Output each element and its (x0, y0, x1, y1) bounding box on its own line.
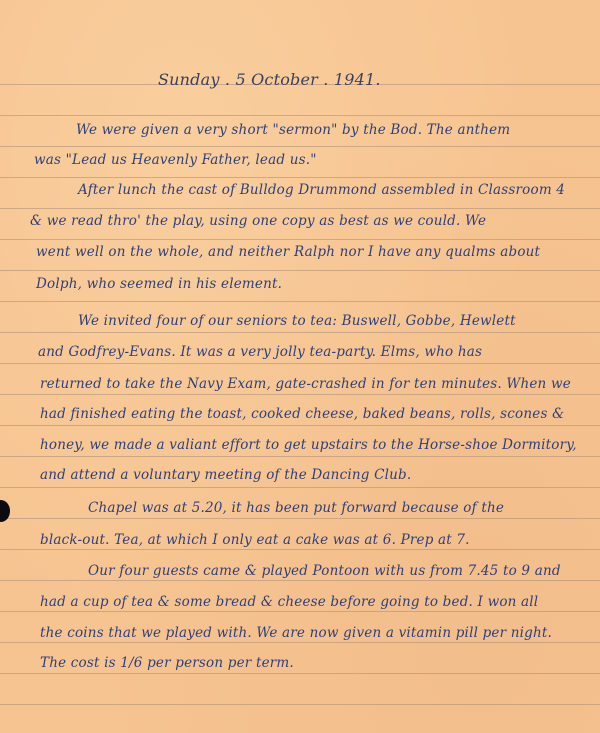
text-line: Dolph, who seemed in his element. (36, 276, 600, 292)
text-line: & we read thro' the play, using one copy… (30, 213, 600, 229)
text-line: had a cup of tea & some bread & cheese b… (40, 594, 600, 610)
text-line: The cost is 1/6 per person per term. (40, 655, 600, 671)
ruled-line (0, 394, 600, 395)
text-line: black-out. Tea, at which I only eat a ca… (40, 532, 600, 548)
text-line: Our four guests came & played Pontoon wi… (88, 563, 600, 579)
ruled-line (0, 642, 600, 643)
ruled-line (0, 239, 600, 240)
ruled-line (0, 177, 600, 178)
ruled-line (0, 115, 600, 116)
text-line: and Godfrey-Evans. It was a very jolly t… (38, 344, 600, 360)
text-line: We were given a very short "sermon" by t… (76, 122, 600, 138)
text-line: We invited four of our seniors to tea: B… (78, 313, 600, 329)
text-line: had finished eating the toast, cooked ch… (40, 406, 600, 422)
ruled-line (0, 456, 600, 457)
text-line: honey, we made a valiant effort to get u… (40, 437, 600, 453)
ruled-line (0, 208, 600, 209)
text-line: returned to take the Navy Exam, gate-cra… (40, 376, 600, 392)
ruled-line (0, 487, 600, 488)
ruled-line (0, 518, 600, 519)
text-line: went well on the whole, and neither Ralp… (36, 244, 600, 260)
ruled-line (0, 580, 600, 581)
entry-date-heading: Sunday . 5 October . 1941. (158, 70, 600, 89)
text-line: and attend a voluntary meeting of the Da… (40, 467, 600, 483)
text-line: the coins that we played with. We are no… (40, 625, 600, 641)
ruled-line (0, 673, 600, 674)
ruled-line (0, 301, 600, 302)
text-line: was "Lead us Heavenly Father, lead us." (34, 152, 600, 168)
diary-page: Sunday . 5 October . 1941. We were given… (0, 0, 600, 733)
text-line: Chapel was at 5.20, it has been put forw… (88, 500, 600, 516)
ruled-line (0, 425, 600, 426)
ruled-line (0, 549, 600, 550)
text-line: After lunch the cast of Bulldog Drummond… (78, 182, 600, 198)
ruled-line (0, 611, 600, 612)
ruled-line (0, 146, 600, 147)
ruled-line (0, 270, 600, 271)
ruled-line (0, 704, 600, 705)
ruled-line (0, 332, 600, 333)
ruled-line (0, 363, 600, 364)
